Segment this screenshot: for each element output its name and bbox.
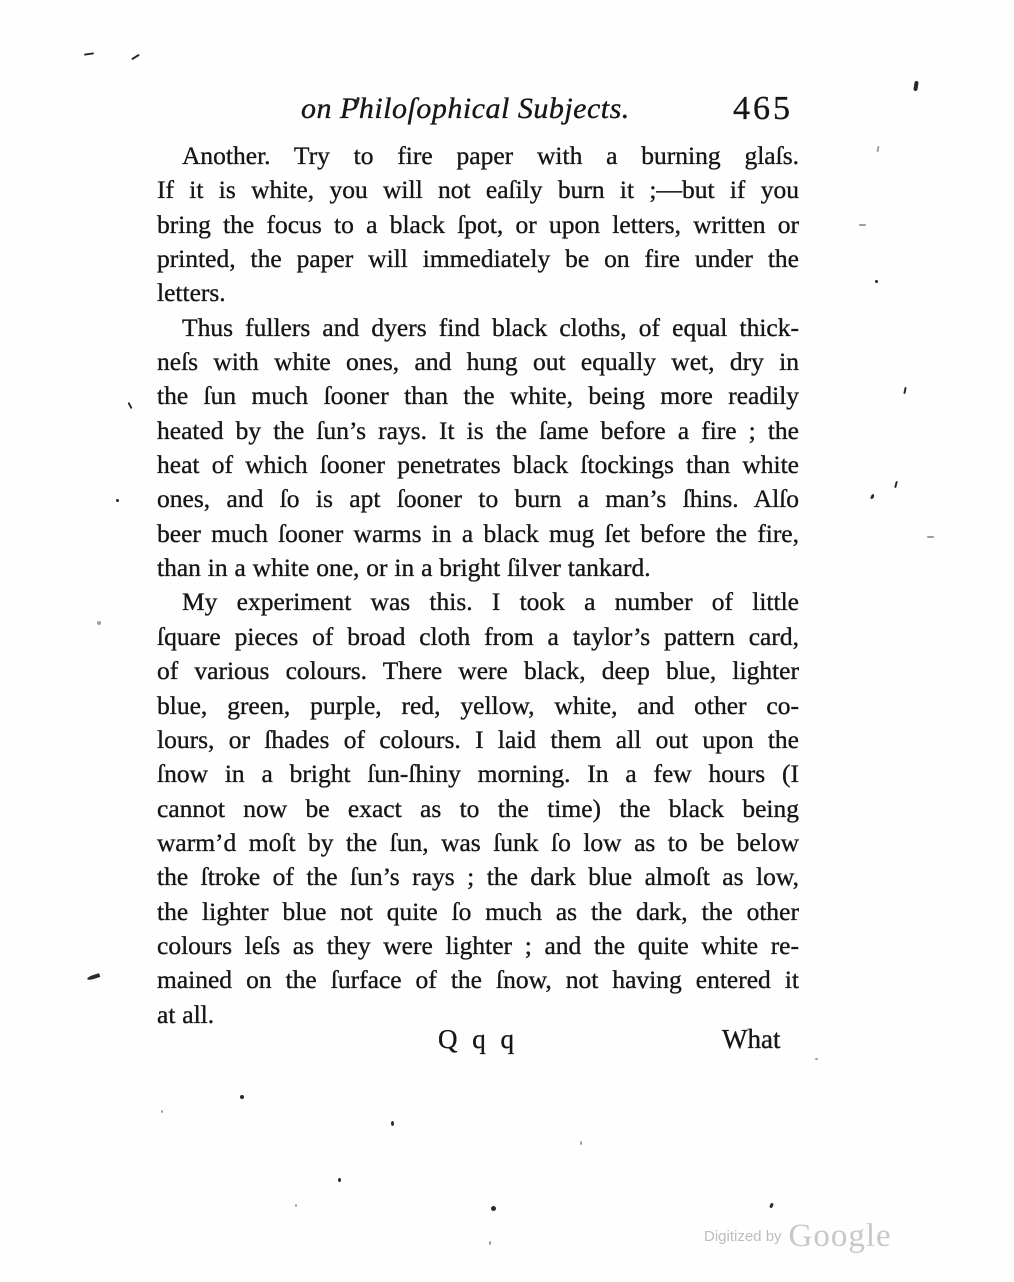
scan-artifact [894,481,898,488]
signature-mark: Q q q [438,1024,518,1055]
scan-artifact [876,146,879,152]
book-page-scan: on Philoſophical Subjects. 465 Another. … [0,0,1014,1282]
scan-artifact [815,1058,818,1060]
text-line: bring the focus to a black ſpot, or upon… [157,208,799,242]
text-line: If it is white, you will not eaſily burn… [157,173,799,207]
scan-artifact [131,54,140,60]
text-line: neſs with white ones, and hung out equal… [157,345,799,379]
google-logo: Google [789,1220,892,1253]
text-line: the ſun much ſooner than the white, bein… [157,379,799,413]
running-title: on Philoſophical Subjects. [301,92,630,126]
text-line: mained on the ſurface of the ſnow, not h… [157,963,799,997]
scan-artifact [903,387,906,394]
scan-artifact [116,499,119,502]
scan-artifact [161,1110,163,1113]
watermark-text: Digitized by [704,1228,782,1245]
text-block: Another. Try to fire paper with a burnin… [157,139,799,1032]
text-line: warm’d moſt by the ſun, was ſunk ſo low … [157,826,799,860]
text-line: ſnow in a bright ſun-ſhiny morning. In a… [157,757,799,791]
watermark: Digitized by Google [704,1220,892,1253]
text-line: the ſtroke of the ſun’s rays ; the dark … [157,860,799,894]
text-line: the lighter blue not quite ſo much as th… [157,895,799,929]
text-line: beer much ſooner warms in a black mug ſe… [157,517,799,551]
text-line: Another. Try to fire paper with a burnin… [157,139,799,173]
scan-artifact [295,1204,297,1207]
scan-artifact [84,52,94,55]
text-line: blue, green, purple, red, yellow, white,… [157,689,799,723]
text-line: cannot now be exact as to the time) the … [157,792,799,826]
text-line: of various colours. There were black, de… [157,654,799,688]
text-line: lours, or ſhades of colours. I laid them… [157,723,799,757]
scan-artifact [580,1141,582,1145]
page-number: 465 [733,90,793,128]
scan-artifact [391,1121,394,1126]
scan-artifact [491,1206,496,1211]
scan-artifact [127,402,132,409]
text-line: letters. [157,276,799,310]
catchword: What [722,1024,780,1055]
text-line: ſquare pieces of broad cloth from a tayl… [157,620,799,654]
scan-artifact [489,1241,491,1245]
signature-line: Q q q What [157,1024,799,1066]
scan-artifact [927,536,934,538]
scan-artifact [97,621,101,625]
scan-artifact [859,224,866,226]
text-line: Thus fullers and dyers find black cloths… [157,311,799,345]
text-line: heated by the ſun’s rays. It is the ſame… [157,414,799,448]
text-line: My experiment was this. I took a number … [157,585,799,619]
text-line: colours leſs as they were lighter ; and … [157,929,799,963]
scan-artifact [875,280,878,283]
scan-artifact [769,1203,774,1209]
scan-artifact [338,1178,341,1182]
scan-artifact [240,1095,244,1099]
scan-artifact [870,494,875,500]
text-line: heat of which ſooner penetrates black ſt… [157,448,799,482]
scan-artifact [87,973,101,981]
scan-artifact [913,81,919,92]
text-line: printed, the paper will immediately be o… [157,242,799,276]
running-header: on Philoſophical Subjects. 465 [157,90,799,136]
text-line: ones, and ſo is apt ſooner to burn a man… [157,482,799,516]
text-line: than in a white one, or in a bright ſilv… [157,551,799,585]
